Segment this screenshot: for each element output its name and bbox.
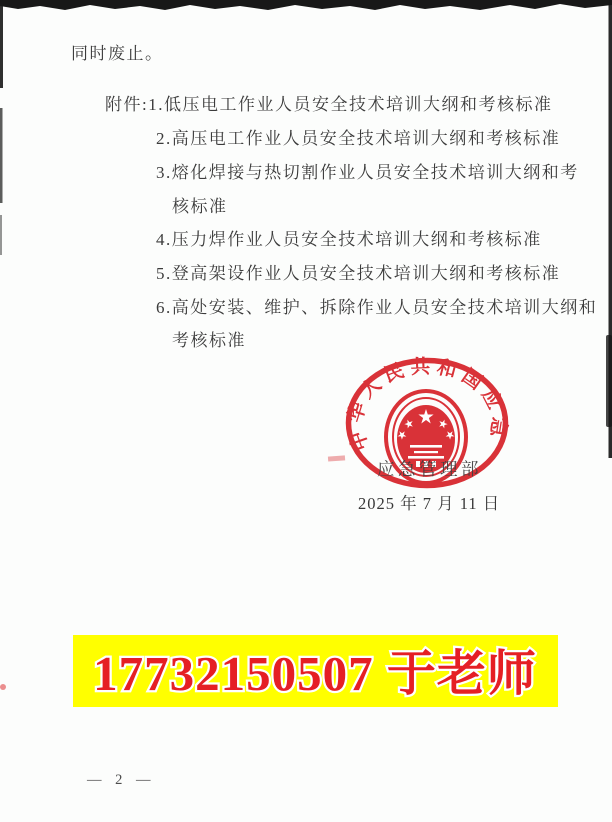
attachment-line: 4.压力焊作业人员安全技术培训大纲和考核标准 xyxy=(156,230,542,250)
contact-banner-text: 17732150507 于老师 xyxy=(93,646,537,701)
attachment-line: 5.登高架设作业人员安全技术培训大纲和考核标准 xyxy=(156,264,560,284)
contact-banner: 17732150507 于老师 xyxy=(73,635,558,707)
attachment-line-wrap: 核标准 xyxy=(172,197,228,217)
contact-banner-text-graphic: 17732150507 于老师 xyxy=(73,635,558,707)
attachment-line-wrap: 考核标准 xyxy=(172,331,246,351)
document-date: 2025 年 7 月 11 日 xyxy=(358,490,500,514)
attachment-line: 2.高压电工作业人员安全技术培训大纲和考核标准 xyxy=(156,129,560,149)
document-page: 同时废止。 附件:1.低压电工作业人员安全技术培训大纲和考核标准 2.高压电工作… xyxy=(0,0,612,822)
attachment-line: 3.熔化焊接与热切割作业人员安全技术培训大纲和考 xyxy=(156,163,579,183)
attachment-line: 附件:1.低压电工作业人员安全技术培训大纲和考核标准 xyxy=(105,95,552,115)
page-number: — 2 — xyxy=(87,772,156,789)
attachment-line: 6.高处安装、维护、拆除作业人员安全技术培训大纲和 xyxy=(156,298,597,318)
closing-line: 同时废止。 xyxy=(71,44,164,64)
issuer-name: 应急管理部 xyxy=(377,456,482,481)
